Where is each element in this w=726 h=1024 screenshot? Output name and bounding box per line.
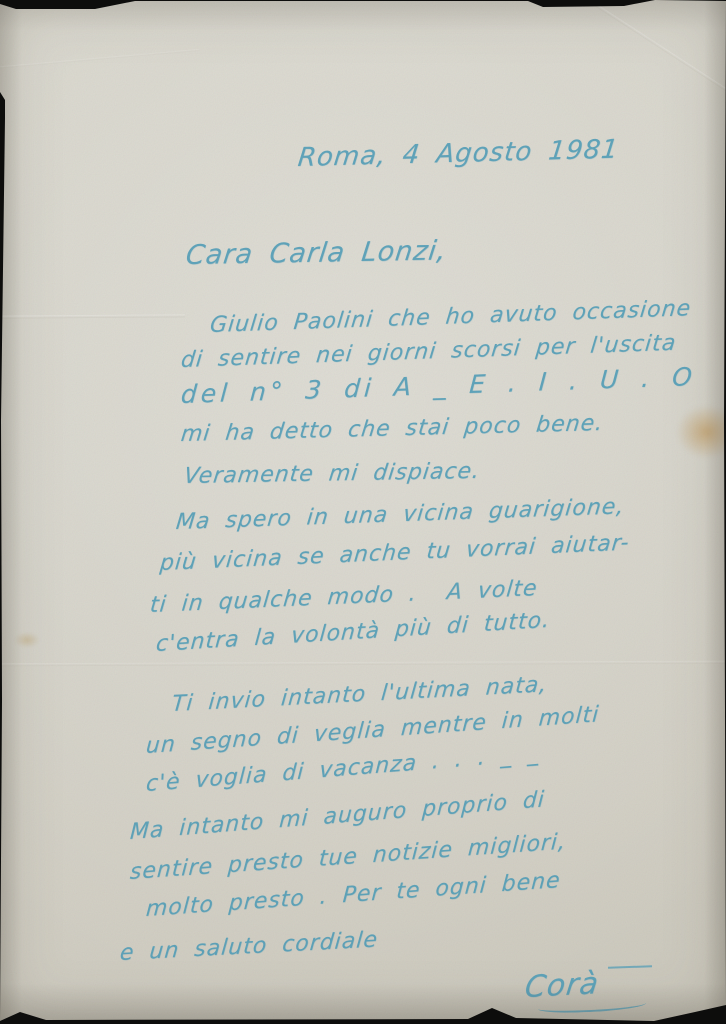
letter-line: più vicina se anche tu vorrai aiutar- <box>159 530 631 576</box>
signature-dash <box>608 965 652 969</box>
top-left-crease <box>0 49 200 69</box>
letter-line: Ma spero in una vicina guarigione, <box>175 494 626 535</box>
letter-salutation: Cara Carla Lonzi, <box>184 235 448 271</box>
letter-sheet: Roma, 4 Agosto 1981 Cara Carla Lonzi, Gi… <box>0 0 726 1024</box>
fold-crease-upper <box>0 314 185 318</box>
letter-line: c'entra la volontà più di tutto. <box>155 608 551 657</box>
letter-dateline: Roma, 4 Agosto 1981 <box>296 135 620 173</box>
paper-stain-left <box>14 632 40 648</box>
letter-line: Veramente mi dispiace. <box>182 459 481 489</box>
corner-crease <box>565 0 726 129</box>
letter-line: mi ha detto che stai poco bene. <box>180 411 605 447</box>
fold-crease-lower <box>0 661 726 667</box>
letter-line: e un saluto cordiale <box>119 927 379 966</box>
letter-photo: Roma, 4 Agosto 1981 Cara Carla Lonzi, Gi… <box>0 0 726 1024</box>
signature-flourish <box>538 998 646 1014</box>
paper-stain-right <box>676 405 726 459</box>
